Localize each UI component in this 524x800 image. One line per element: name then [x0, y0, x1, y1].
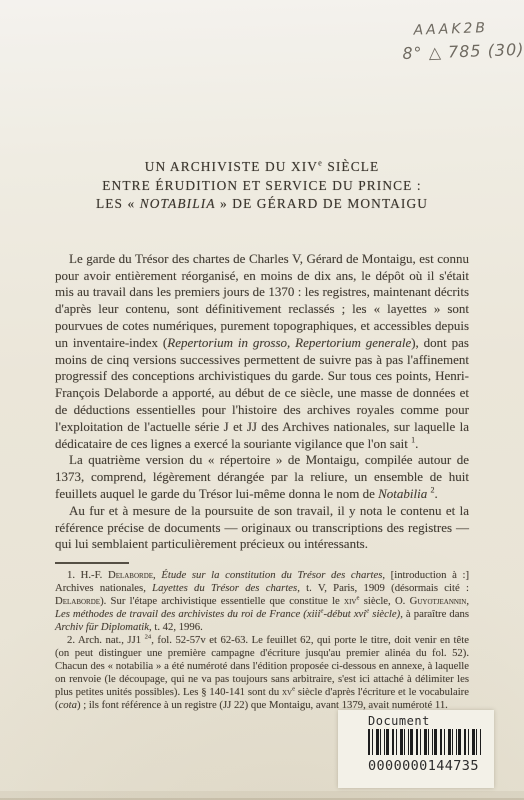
- body-paragraph-2: La quatrième version du « répertoire » d…: [55, 452, 469, 502]
- article-title: UN ARCHIVISTE DU XIVe SIÈCLE ENTRE ÉRUDI…: [55, 158, 469, 214]
- title-line-1: UN ARCHIVISTE DU XIVe SIÈCLE: [55, 158, 469, 177]
- shelfmark-line2: 8° △ 785 (30): [402, 39, 521, 65]
- shelfmark-line1: AAAK2B: [413, 18, 520, 41]
- title-line-2: ENTRE ÉRUDITION ET SERVICE DU PRINCE :: [55, 177, 469, 196]
- footnotes: 1. H.-F. Delaborde, Étude sur la constit…: [55, 569, 469, 712]
- text-column: UN ARCHIVISTE DU XIVe SIÈCLE ENTRE ÉRUDI…: [55, 158, 469, 712]
- body-paragraph-1: Le garde du Trésor des chartes de Charle…: [55, 251, 469, 453]
- barcode-number: 0000000144735: [368, 758, 494, 774]
- body-paragraph-3: Au fur et à mesure de la poursuite de so…: [55, 503, 469, 553]
- scanned-page: AAAK2B 8° △ 785 (30) UN ARCHIVISTE DU XI…: [0, 0, 524, 800]
- footnote-separator-rule: [55, 562, 129, 564]
- barcode-label: Document 0000000144735: [338, 710, 494, 788]
- article-body: Le garde du Trésor des chartes de Charle…: [55, 251, 469, 553]
- footnote-1: 1. H.-F. Delaborde, Étude sur la constit…: [55, 569, 469, 634]
- title-line-3: LES « NOTABILIA » DE GÉRARD DE MONTAIGU: [55, 195, 469, 214]
- barcode-caption: Document: [368, 714, 494, 728]
- barcode-icon: [368, 729, 481, 755]
- handwritten-shelfmark: AAAK2B 8° △ 785 (30): [401, 18, 520, 65]
- footnote-2: 2. Arch. nat., JJ1 24, fol. 52-57v et 62…: [55, 634, 469, 712]
